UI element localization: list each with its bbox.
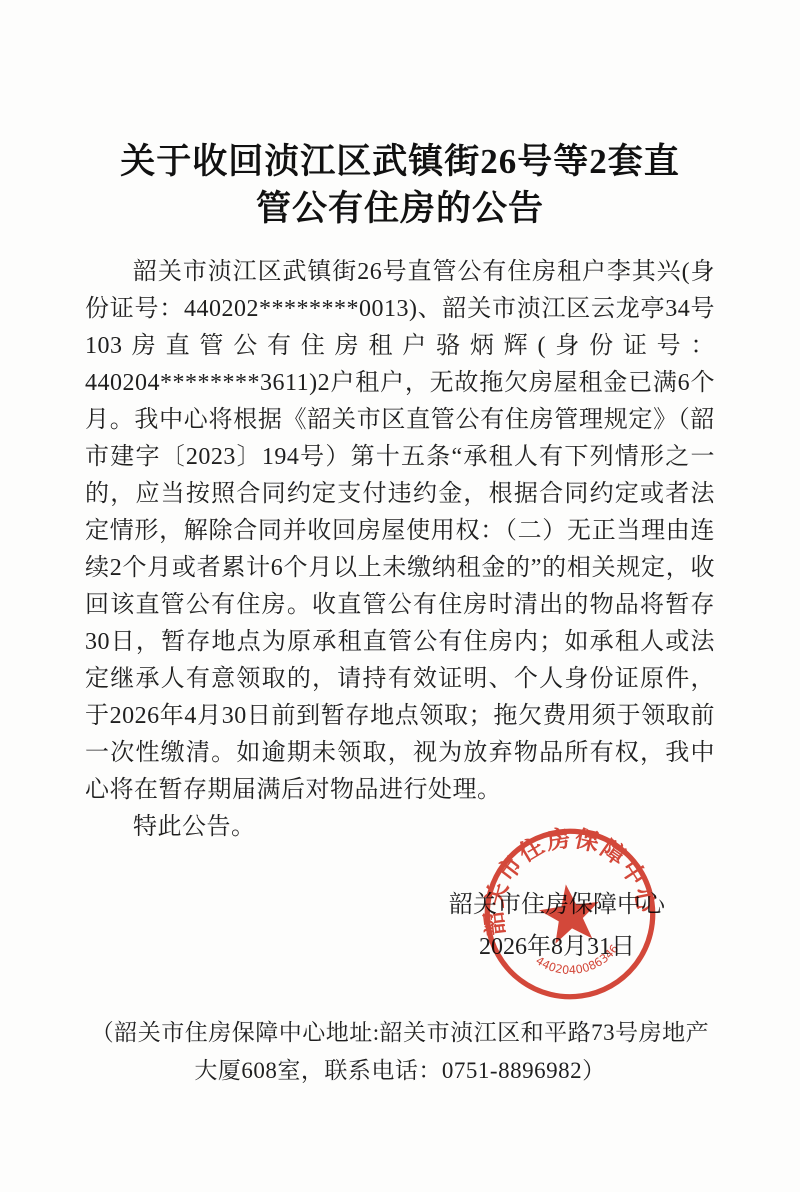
signature-date: 2026年8月31日: [427, 926, 687, 968]
body-paragraph: 韶关市浈江区武镇街26号直管公有住房租户李其兴(身份证号：440202*****…: [85, 254, 715, 809]
page-title: 关于收回浈江区武镇街26号等2套直管公有住房的公告: [85, 138, 715, 232]
signature-org: 韶关市住房保障中心: [427, 884, 687, 926]
document-page: 关于收回浈江区武镇街26号等2套直管公有住房的公告 韶关市浈江区武镇街26号直管…: [0, 0, 800, 1192]
signature-block: 韶关市住房保障中心 2026年8月31日 韶关市住房保障中心 440204008…: [427, 884, 687, 968]
footer-contact: （韶关市住房保障中心地址:韶关市浈江区和平路73号房地产大厦608室，联系电话：…: [85, 1014, 715, 1090]
closing-line: 特此公告。: [85, 809, 715, 846]
